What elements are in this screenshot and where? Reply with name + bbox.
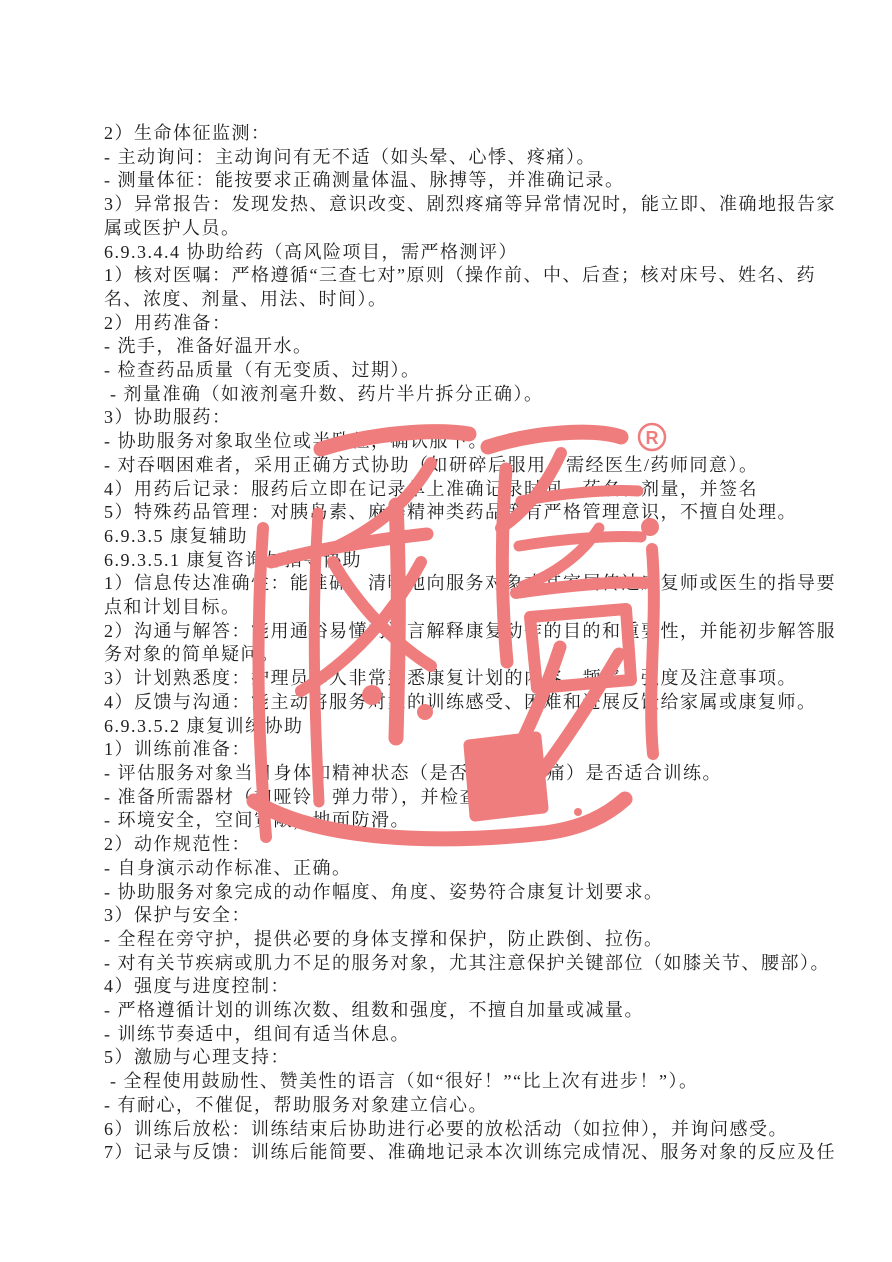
text-line: 2）动作规范性： xyxy=(104,833,852,857)
text-line: - 剂量准确（如液剂毫升数、药片半片拆分正确）。 xyxy=(104,383,852,407)
text-line: 属或医护人员。 xyxy=(104,217,852,241)
text-line: 3）协助服药： xyxy=(104,406,852,430)
text-line: 务对象的简单疑问。 xyxy=(104,643,852,667)
text-line: 6.9.3.4.4 协助给药（高风险项目，需严格测评） xyxy=(104,241,852,265)
text-line: - 全程使用鼓励性、赞美性的语言（如“很好！”“比上次有进步！”）。 xyxy=(104,1070,852,1094)
text-line: - 全程在旁守护，提供必要的身体支撑和保护，防止跌倒、拉伤。 xyxy=(104,928,852,952)
text-line: 1）训练前准备： xyxy=(104,738,852,762)
text-line: 2）用药准备： xyxy=(104,312,852,336)
text-line: - 主动询问：主动询问有无不适（如头晕、心悸、疼痛）。 xyxy=(104,146,852,170)
text-line: 6.9.3.5 康复辅助 xyxy=(104,525,852,549)
text-line: - 测量体征：能按要求正确测量体温、脉搏等，并准确记录。 xyxy=(104,169,852,193)
text-line: - 有耐心，不催促，帮助服务对象建立信心。 xyxy=(104,1094,852,1118)
text-line: 6.9.3.5.2 康复训练协助 xyxy=(104,715,852,739)
text-line: 4）强度与进度控制： xyxy=(104,975,852,999)
text-line: - 协助服务对象完成的动作幅度、角度、姿势符合康复计划要求。 xyxy=(104,881,852,905)
text-line: - 检查药品质量（有无变质、过期）。 xyxy=(104,359,852,383)
text-line: - 协助服务对象取坐位或半卧位，确认服下。 xyxy=(104,430,852,454)
text-line: 3）计划熟悉度：护理员本人非常熟悉康复计划的内容、频率、强度及注意事项。 xyxy=(104,667,852,691)
text-line: - 准备所需器材（如哑铃、弹力带），并检查安全性。 xyxy=(104,786,852,810)
text-line: 1）核对医嘱：严格遵循“三查七对”原则（操作前、中、后查；核对床号、姓名、药 xyxy=(104,264,852,288)
text-line: 2）沟通与解答：能用通俗易懂的语言解释康复动作的目的和重要性，并能初步解答服 xyxy=(104,620,852,644)
text-line: 7）记录与反馈：训练后能简要、准确地记录本次训练完成情况、服务对象的反应及任 xyxy=(104,1141,852,1165)
text-line: 5）激励与心理支持： xyxy=(104,1046,852,1070)
text-line: 名、浓度、剂量、用法、时间）。 xyxy=(104,288,852,312)
text-line: - 洗手，准备好温开水。 xyxy=(104,335,852,359)
text-line: - 训练节奏适中，组间有适当休息。 xyxy=(104,1023,852,1047)
text-line: 5）特殊药品管理：对胰岛素、麻醉精神类药品等有严格管理意识，不擅自处理。 xyxy=(104,501,852,525)
text-line: 3）异常报告：发现发热、意识改变、剧烈疼痛等异常情况时，能立即、准确地报告家 xyxy=(104,193,852,217)
text-line: 1）信息传达准确性：能准确、清晰地向服务对象或其家属传达康复师或医生的指导要 xyxy=(104,572,852,596)
text-line: 4）用药后记录：服药后立即在记录单上准确记录时间、药名、剂量，并签名 xyxy=(104,478,852,502)
text-line: - 环境安全，空间宽敞，地面防滑。 xyxy=(104,809,852,833)
text-line: - 自身演示动作标准、正确。 xyxy=(104,857,852,881)
text-line: - 对吞咽困难者，采用正确方式协助（如研碎后服用，需经医生/药师同意）。 xyxy=(104,454,852,478)
text-line: 6）训练后放松：训练结束后协助进行必要的放松活动（如拉伸），并询问感受。 xyxy=(104,1118,852,1142)
document-page: 2）生命体征监测：- 主动询问：主动询问有无不适（如头晕、心悸、疼痛）。- 测量… xyxy=(0,0,892,1262)
text-line: 点和计划目标。 xyxy=(104,596,852,620)
text-line: 6.9.3.5.1 康复咨询与指导协助 xyxy=(104,549,852,573)
text-line: 3）保护与安全： xyxy=(104,904,852,928)
text-line: - 对有关节疾病或肌力不足的服务对象，尤其注意保护关键部位（如膝关节、腰部）。 xyxy=(104,952,852,976)
text-line: - 严格遵循计划的训练次数、组数和强度，不擅自加量或减量。 xyxy=(104,999,852,1023)
text-line: 2）生命体征监测： xyxy=(104,122,852,146)
document-body: 2）生命体征监测：- 主动询问：主动询问有无不适（如头晕、心悸、疼痛）。- 测量… xyxy=(104,122,852,1165)
text-line: 4）反馈与沟通：能主动将服务对象的训练感受、困难和进展反馈给家属或康复师。 xyxy=(104,691,852,715)
text-line: - 评估服务对象当日身体和精神状态（是否疲劳、疼痛）是否适合训练。 xyxy=(104,762,852,786)
